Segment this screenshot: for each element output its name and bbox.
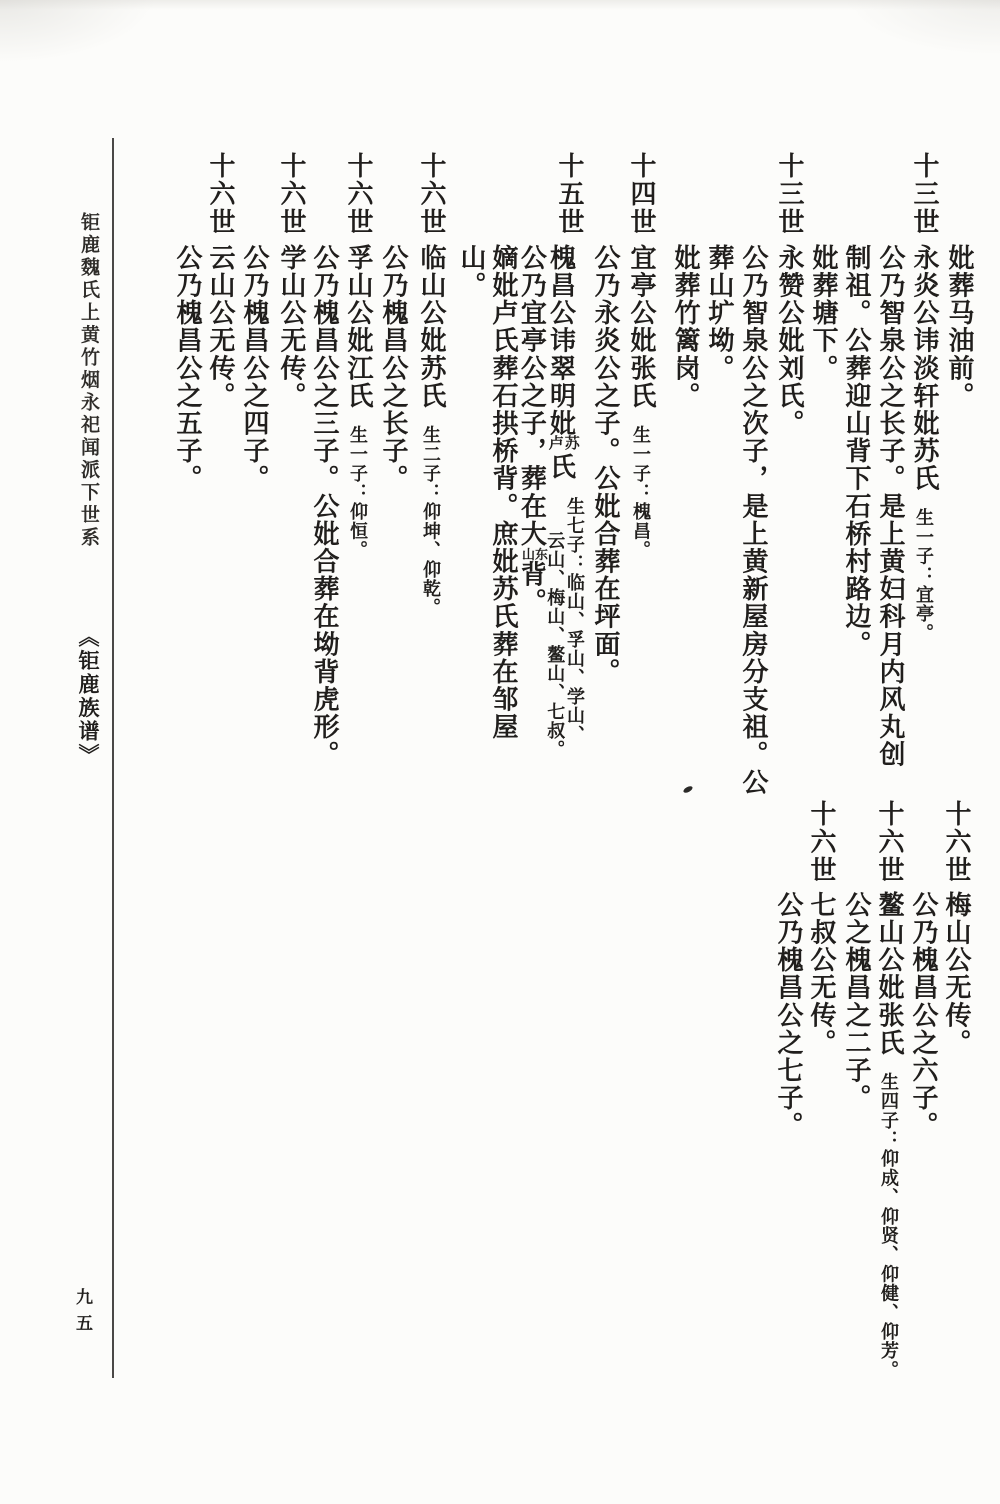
generation-header: 十六世 <box>342 152 373 236</box>
text-column: 学山公无传。 <box>275 244 306 410</box>
text-column: 公乃宜亭公之子，葬在大山东背。 <box>516 244 548 616</box>
generation-header: 十五世 <box>553 152 584 236</box>
text-column: 妣葬塘下。 <box>807 244 838 382</box>
text-column: 葬山圹坳。 <box>703 244 734 382</box>
text-column: 山。 <box>455 244 486 299</box>
generation-header: 十六世 <box>204 152 235 236</box>
genealogy-page: 钜鹿魏氏上黄竹烟永祀闻派下世系 《钜鹿族谱》 九五 妣葬马油前。十三世永炎公讳淡… <box>0 0 1000 1504</box>
text-column: 妣葬竹篱岗。 <box>669 244 700 410</box>
text-column: 公乃槐昌公之长子。 <box>377 244 408 492</box>
page-number: 九五 <box>72 1288 92 1340</box>
series-title: 《钜鹿族谱》 <box>75 626 100 767</box>
text-column: 孚山公妣江氏生一子：仰恒。 <box>342 244 373 560</box>
text-column: 鳌山公妣张氏生四子：仰成、仰贤、仰健、仰芳。 <box>873 891 904 1380</box>
text-column: 公乃槐昌公之七子。 <box>772 891 803 1139</box>
generation-header: 十六世 <box>415 152 446 236</box>
text-column: 嫡妣卢氏葬石拱桥背。庶妣苏氏葬在邹屋 <box>487 244 518 741</box>
text-column: 永赞公妣刘氏。 <box>773 244 804 437</box>
generation-header: 十六世 <box>940 800 971 884</box>
generation-header: 十六世 <box>805 800 836 884</box>
text-column: 永炎公讳淡轩妣苏氏生一子：宜亭。 <box>908 244 939 643</box>
text-column: 妣葬马油前。 <box>943 244 974 410</box>
margin-rule <box>112 138 114 1378</box>
text-column: 临山公妣苏氏生二子：仰坤、仰乾。 <box>415 244 446 618</box>
text-column: 公乃永炎公之子。公妣合葬在坪面。 <box>589 244 620 686</box>
text-column: 公乃智泉公之长子。是上黄妇科月内风丸创 <box>874 244 905 768</box>
generation-header: 十六世 <box>275 152 306 236</box>
text-column: 梅山公无传。 <box>940 891 971 1057</box>
generation-header: 十六世 <box>873 800 904 884</box>
text-column: 公乃槐昌公之四子。 <box>238 244 269 492</box>
margin-title: 钜鹿魏氏上黄竹烟永祀闻派下世系 <box>77 212 99 550</box>
generation-header: 十三世 <box>908 152 939 236</box>
text-column: 公乃槐昌公之三子。公妣合葬在坳背虎形。 <box>308 244 339 768</box>
text-column: 云山公无传。 <box>204 244 235 410</box>
text-column: 公之槐昌之二子。 <box>840 891 871 1112</box>
ink-blot <box>682 785 693 794</box>
text-column: 制祖。公葬迎山背下石桥村路边。 <box>840 244 871 658</box>
text-column: 公乃智泉公之次子，是上黄新屋房分支祖。公 <box>737 244 768 796</box>
text-column: 槐昌公讳翠明妣苏卢氏生七子：临山、孚山、学山、云山、梅山、鳌山、七叔。 <box>544 244 584 759</box>
generation-header: 十三世 <box>773 152 804 236</box>
text-column: 七叔公无传。 <box>805 891 836 1057</box>
generation-header: 十四世 <box>625 152 656 236</box>
text-column: 公乃槐昌公之五子。 <box>171 244 202 492</box>
text-column: 宜亭公妣张氏生一子：槐昌。 <box>625 244 656 560</box>
text-column: 公乃槐昌公之六子。 <box>907 891 938 1139</box>
